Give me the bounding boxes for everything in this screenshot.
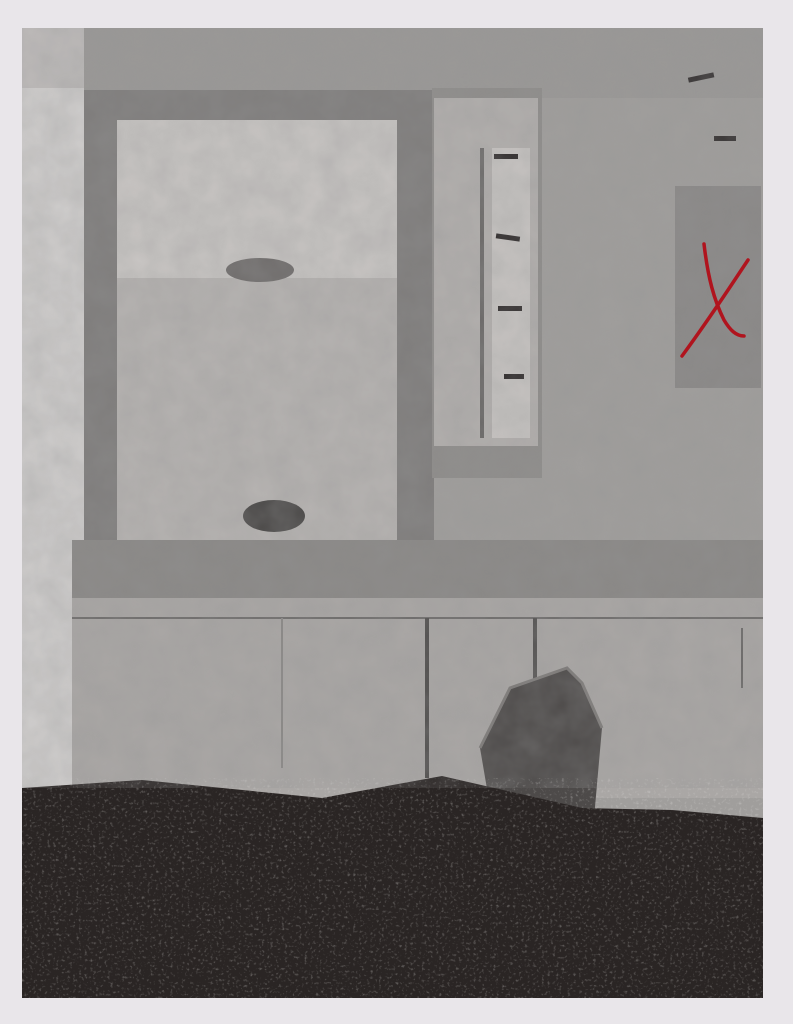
wall-photograph [22, 28, 763, 998]
wall-scene [22, 28, 763, 998]
